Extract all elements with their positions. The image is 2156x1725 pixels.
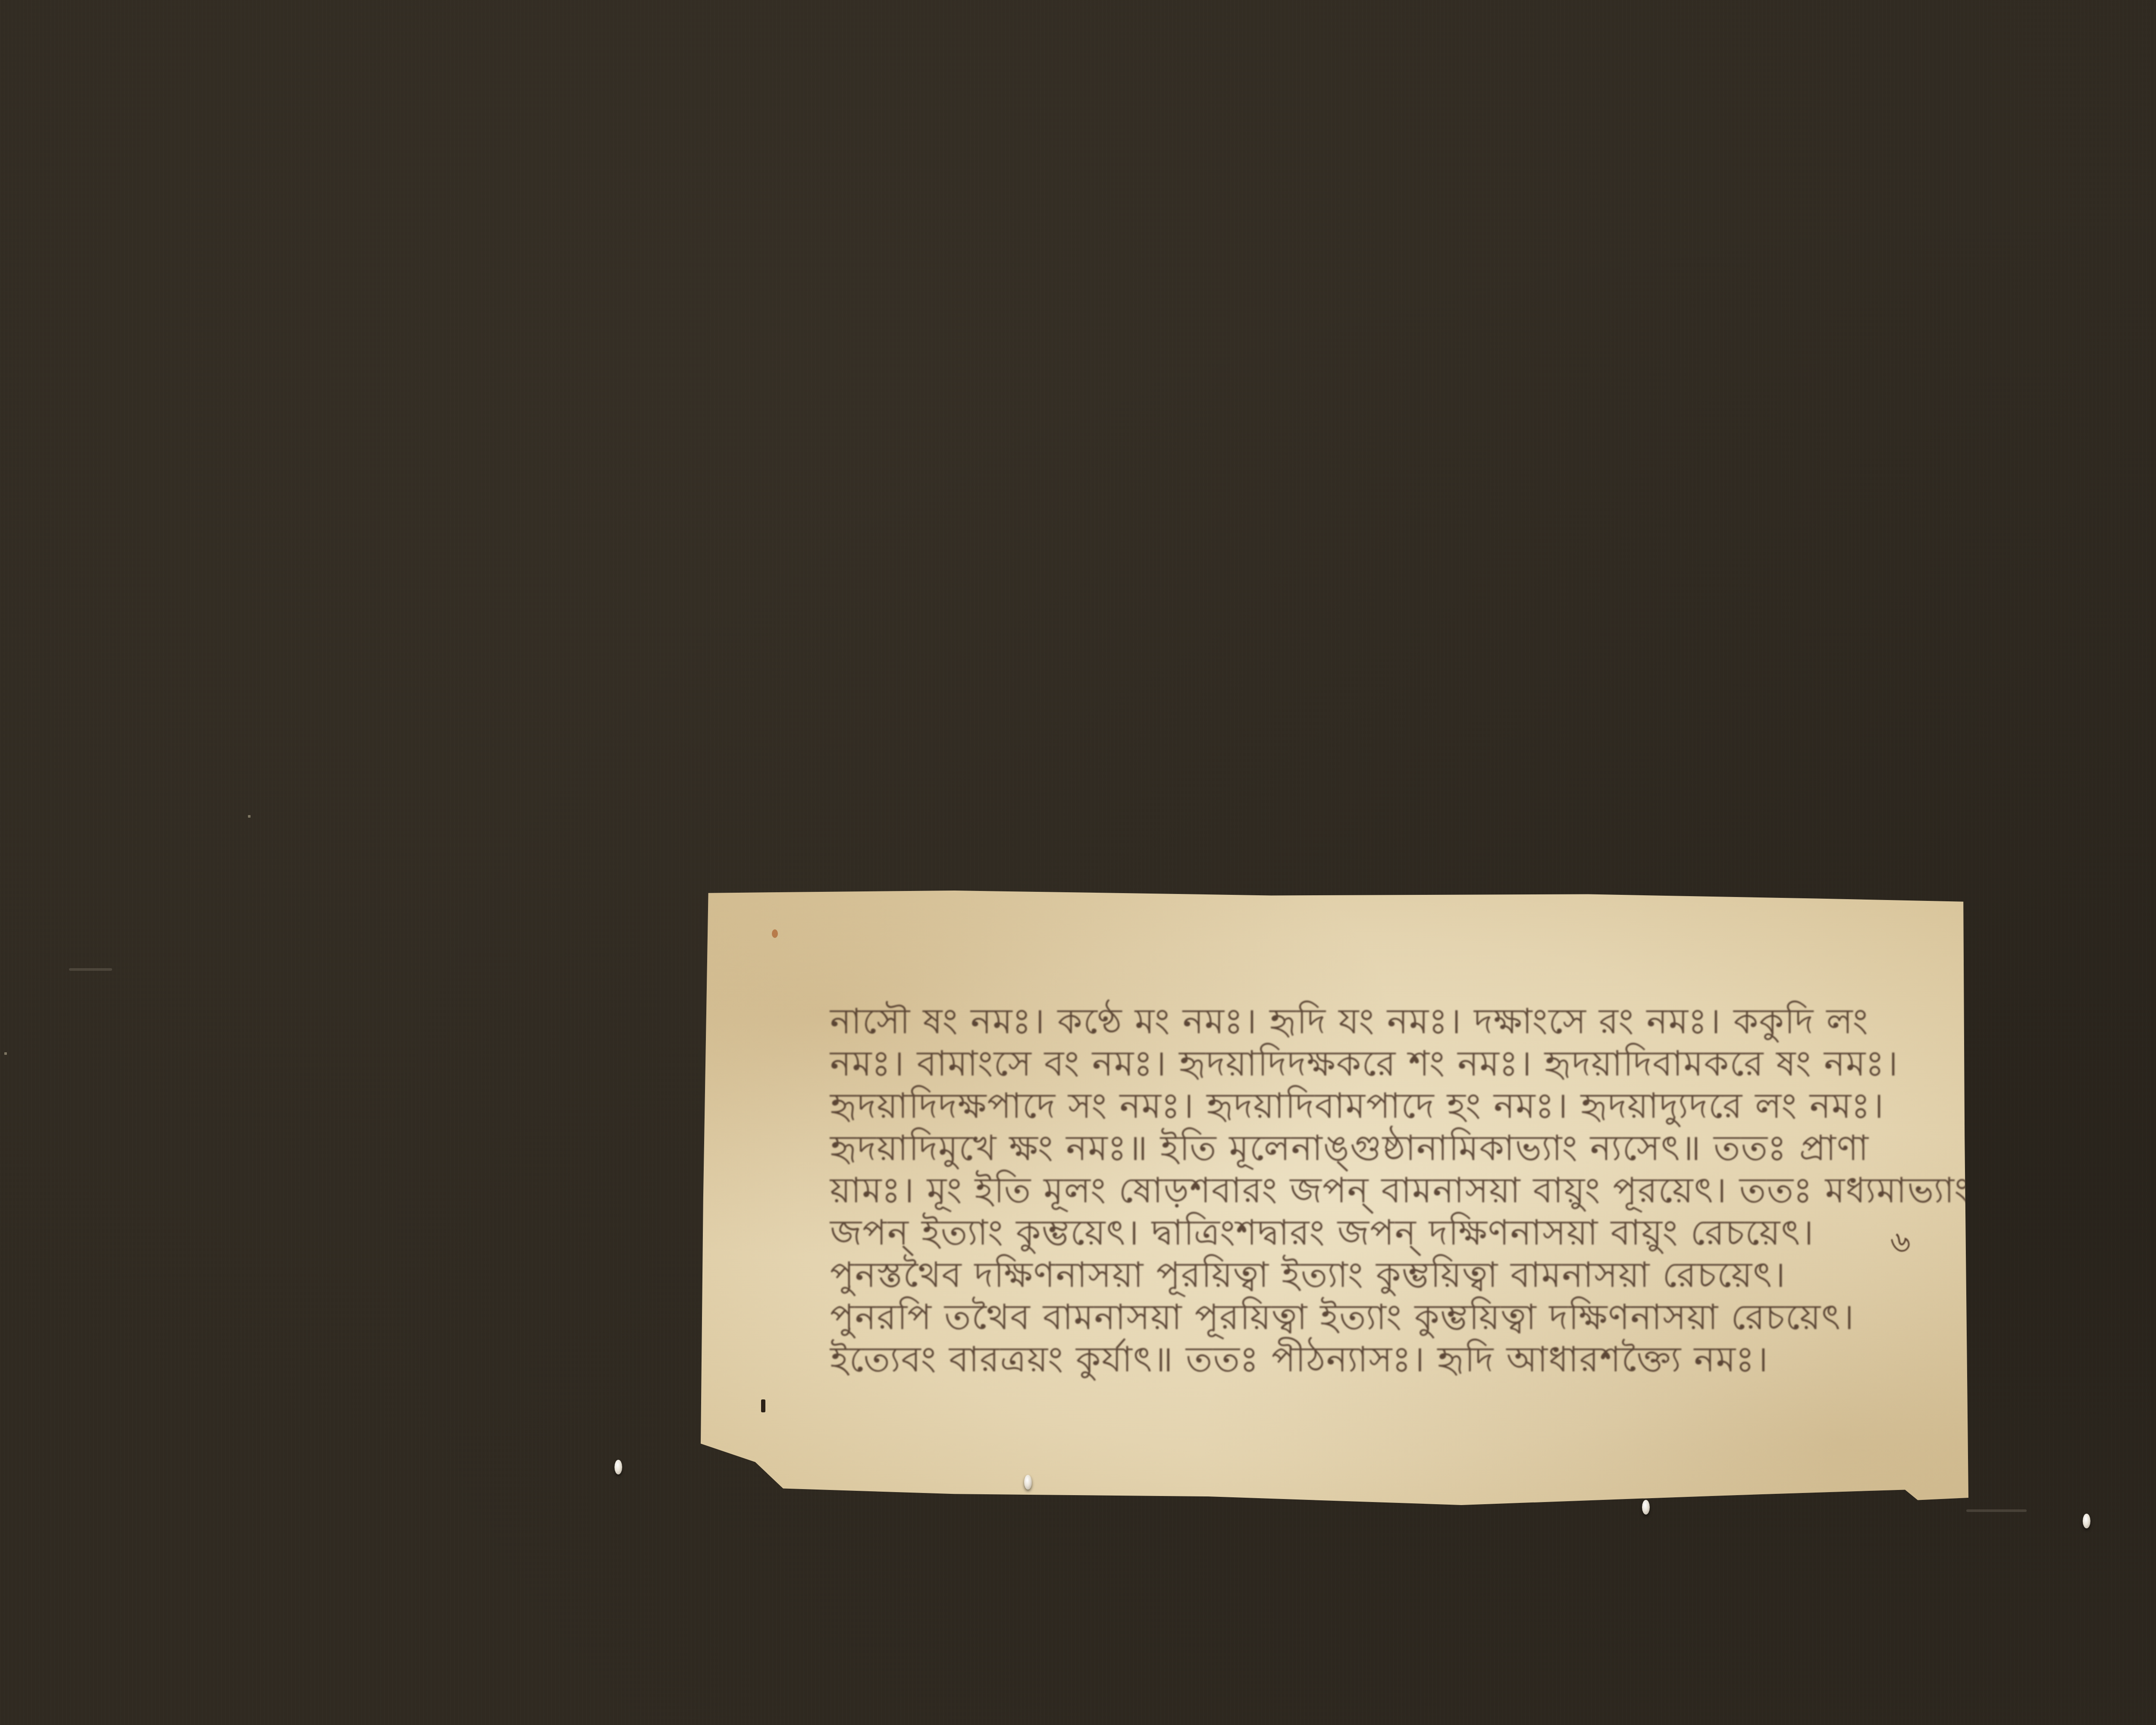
pin-glint	[69, 968, 112, 971]
pin-icon	[1642, 1500, 1650, 1515]
pin-glint	[1966, 1509, 2027, 1512]
pin-icon	[614, 1460, 622, 1474]
display-board: নাসৌ ষং নমঃ। কণ্ঠে মং নমঃ। হৃদি যং নমঃ। …	[0, 0, 2156, 1725]
stain-mark	[772, 929, 778, 938]
ink-spot	[761, 1399, 765, 1412]
dust-speck	[4, 1052, 7, 1055]
manuscript-line: য়ামঃ। মূং ইতি মূলং ষোড়শবারং জপন্ বামনা…	[830, 1170, 1934, 1212]
manuscript-line: হৃদয়াদিদক্ষপাদে সং নমঃ। হৃদয়াদিবামপাদে…	[830, 1085, 1934, 1127]
dust-speck	[248, 815, 251, 818]
manuscript-line: ইত্যেবং বারত্রয়ং কুর্যাৎ॥ ততঃ পীঠন্যাসঃ…	[830, 1339, 1934, 1381]
pin-icon	[1024, 1475, 1032, 1490]
manuscript-leaf: নাসৌ ষং নমঃ। কণ্ঠে মং নমঃ। হৃদি যং নমঃ। …	[701, 891, 1968, 1505]
manuscript-line: নাসৌ ষং নমঃ। কণ্ঠে মং নমঃ। হৃদি যং নমঃ। …	[830, 1000, 1934, 1043]
manuscript-text: নাসৌ ষং নমঃ। কণ্ঠে মং নমঃ। হৃদি যং নমঃ। …	[830, 1000, 1934, 1381]
manuscript-line: পুনস্তথৈব দক্ষিণনাসয়া পূরয়িত্বা ইত্যাং…	[830, 1254, 1934, 1296]
manuscript-line: জপন্ ইত্যাং কুম্ভয়েৎ। দ্বাত্রিংশদ্বারং …	[830, 1212, 1934, 1254]
manuscript-line: পুনরপি তথৈব বামনাসয়া পূরয়িত্বা ইত্যাং …	[830, 1296, 1934, 1339]
pin-icon	[2083, 1514, 2090, 1528]
manuscript-line: হৃদয়াদিমুখে ক্ষং নমঃ॥ ইতি মূলেনাঙ্গুষ্ঠ…	[830, 1127, 1934, 1170]
manuscript-line: নমঃ। বামাংসে বং নমঃ। হৃদয়াদিদক্ষকরে শং …	[830, 1043, 1934, 1085]
